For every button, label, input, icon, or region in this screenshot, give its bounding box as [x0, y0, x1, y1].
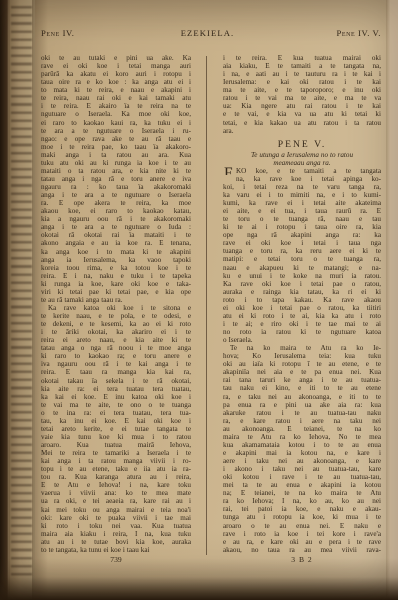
text-line: matipi: e tetai toru o te tuanga ra, — [223, 255, 381, 263]
text-line: reira ei areto naau, e kia aite ki te — [41, 336, 191, 344]
line-text: ra, e taku nei au akonoanga, e iti to te — [223, 393, 381, 401]
text-line: kia a ngauru oou rā i te akakoromaki — [41, 215, 191, 223]
text-line: naau e akapueu ki te matangi; e na- — [223, 264, 381, 272]
line-text: mataiti o ta ratou ara, e kia nite ki te — [41, 167, 191, 175]
line-text: anga i te ara a te ngutuare o Iseraela — [41, 191, 191, 199]
line-text: topu i te au etene, taku e iia atu ia ra… — [41, 465, 191, 473]
line-text: te reira, naau rai oki e kai tamaki atu — [41, 94, 191, 102]
text-line: oki kotou i rave i te au tuatua-tau, — [223, 473, 381, 481]
line-text: auraka e rainga kia tatau, ka ri ei ki — [223, 288, 381, 296]
line-text: tetai, e kia kakao ua atu ratou i ta rat… — [223, 119, 381, 127]
text-line: 3oki te au tutaki e pini ua ake. Ka — [41, 54, 191, 62]
text-line: rai, tei patoi ia koe, e naku e akau- — [223, 505, 381, 513]
line-text: oki au iaïa ki rotopu ī te au etene, e t… — [223, 360, 381, 368]
line-text: i na, e aati au i te tauturu ra i te kai… — [223, 70, 381, 78]
line-text: akapiniïa nei aia e te pa enua nei. Kua — [223, 368, 381, 376]
line-text: Te na ko maira te Atu ra ko Ie- — [230, 344, 381, 352]
text-line: koreia toou rima, e ka totou koe i te — [41, 264, 191, 272]
text-line: tau naku ei kino, e iti to te au etene — [223, 384, 381, 392]
text-line: ei oki koe i tetai pae o ratou, ka tiiti… — [223, 304, 381, 312]
line-text: o Iseraela. — [223, 336, 253, 344]
line-text: na; E teianei, te na ko maira te Atu — [223, 489, 381, 497]
text-line: i akono i taku nei au tuatua-tau, kare — [223, 465, 381, 473]
line-text: te kerite naau, e te pola, e te odesi, e — [41, 312, 191, 320]
line-text: aroaro. Kua tuatua mairā Iehova, — [41, 441, 191, 449]
line-text: ara. — [223, 127, 234, 135]
line-text: te au rā tamaki anga taau ra. — [41, 296, 123, 304]
text-line: atu au i te tutae bovi kia koe, auraka — [41, 538, 191, 546]
line-text: i te reira. E akairo ïa te reira na te — [41, 102, 191, 110]
line-text: koreia toou rima, e ka totou koe i te — [41, 264, 191, 272]
line-text: akaruke ratou i te au tuatua-tau naku — [223, 409, 381, 417]
line-text: anga ia Ierusalema, ka vaoo tapoki — [41, 256, 191, 264]
line-text: e te vai, e kia va ua atu ki tetai ki — [223, 110, 381, 118]
text-line: e te vai, e kia va ua atu ki tetai ki — [223, 110, 381, 118]
line-text: ki roto i toku nei vaa. Kua tuatua — [41, 522, 191, 530]
line-text: au akonoanga. E teianei, te na ko — [223, 425, 381, 433]
text-line: anga i te ara a te ngutuare o Iseraela — [41, 191, 191, 199]
text-line: anga i te ara a te ngutuare o Iuda : — [41, 223, 191, 231]
line-text: ka anga koe i to mata ki te akapini — [41, 248, 191, 256]
page-number: 739 — [41, 555, 191, 564]
line-text: mei ta te au enua e akapini ia kotou — [223, 481, 381, 489]
line-text: te vai ma te aite, te ono o te tuanga — [41, 401, 191, 409]
text-line: Mei te reira te tamariki a Iseraela i te — [41, 449, 191, 457]
text-line: aere i taku nei au akonoanga, e kare — [223, 457, 381, 465]
line-text: maira aia kiaku i reira, I na, kua tuku — [41, 530, 191, 538]
text-line: parūrā ka akatu ei koro auri i rotopu i — [41, 70, 191, 78]
line-text: Ka rave katoa oki koe i te sitona e — [48, 304, 191, 312]
line-text: anga i te ara a te ngutuare o Iuda : — [41, 223, 191, 231]
line-text: matipi: e tetai toru o te tuanga ra, — [223, 255, 381, 263]
text-line: o Iseraela. — [223, 336, 381, 344]
line-text: na, ka rave koe i tetai apinga ko- — [236, 175, 381, 183]
text-line: rave ei oki koe i tetai manga auri — [41, 62, 191, 70]
text-line: 4roto i to tapa kakau. Ka rave akaou — [223, 296, 381, 304]
line-text: no roto ia ratou ki te ngutuare katoa — [223, 328, 381, 336]
text-line: maira aia kiaku i reira, I na, kua tuku — [41, 530, 191, 538]
text-line: vaerua i viivii ana: ko te mea mate — [41, 489, 191, 497]
line-text: vaerua i viivii ana: ko te mea mate — [41, 489, 191, 497]
line-text: ka kai ei koe. E inu katoa oki koe i — [41, 393, 191, 401]
text-line: ua ra oki, e tei aeaeia ra, kare rai au … — [41, 497, 191, 505]
text-line: 7akono angaia e au ia koe ra. E tenana, — [41, 239, 191, 247]
line-text: Te utunga a Ierusalema no to ratou — [251, 151, 353, 159]
line-text: i te āriki okotai, ka akariro ei i te — [41, 328, 191, 336]
text-line: 11ka kai ei koe. E inu katoa oki koe i — [41, 393, 191, 401]
text-line: to te tangata, ka tunu ei koe i taau kai — [41, 546, 191, 554]
line-text: ope nga rā akapini anga ra: ka — [223, 231, 381, 239]
text-line: 3Ka rave oki koe i tetai pae o ratou, — [223, 280, 381, 288]
line-text: tou ra. Kua karanga atura au i reira, — [41, 473, 191, 481]
text-line: moe i te reira pae, ko taau ïa akakoro- — [41, 143, 191, 151]
line-text: tatau anga o nga rā noou i te moe anga — [41, 344, 191, 352]
text-line: te kerite naau, e te pola, e te odesi, e — [41, 312, 191, 320]
chapter-heading: PENE V. — [223, 135, 381, 151]
text-line: i te āriki okotai, ka akariro ei i te — [41, 328, 191, 336]
line-text: Mei te reira te tamariki a Iseraela i te — [41, 449, 191, 457]
left-text-column: 3oki te au tutaki e pini ua ake. Karave … — [41, 54, 191, 554]
text-line: mataiti o ta ratou ara, e kia nite ki te — [41, 167, 191, 175]
line-text: tuku atu oki au ki runga ia koe i te au — [41, 159, 191, 167]
text-line: kai mei toku ou anga mairai e teia noa'i — [41, 506, 191, 514]
text-line: Te utunga a Ierusalema no to ratou — [223, 151, 381, 159]
text-line: topu i te au etene, taku e iia atu ia ra… — [41, 465, 191, 473]
text-line: oki au iaïa ki rotopu ī te au etene, e t… — [223, 360, 381, 368]
text-line: 16i te reira. E kua tuatua mairai oki — [223, 54, 381, 62]
line-text: kia a ngauru oou rā i te akakoromaki — [41, 215, 191, 223]
text-line: taua oire ra e ko koe : ka anga atu ei i — [41, 78, 191, 86]
line-text: to te tangata, ka tunu ei koe i taau kai — [41, 546, 149, 554]
line-text: atu au i te tutae bovi kia koe, auraka — [41, 538, 191, 546]
line-text: KO koe, e te tamaiti a te tangata — [236, 167, 381, 175]
line-text: aere i taku nei au akonoanga, e kare — [223, 457, 381, 465]
text-line: maira te Atu ra ko Iehova, No te mea — [223, 433, 381, 441]
line-text: iva ngauru oou rā i te kai anga i te — [41, 360, 191, 368]
text-line: tetai, e kia kakao ua atu ratou i ta rat… — [223, 119, 381, 127]
line-text: okotai rā okotai rai ïa mataiti i te — [41, 231, 191, 239]
text-line: 12tau, ka inu ei koe. E kai oki koe i — [41, 417, 191, 425]
line-text: te toru o te tuanga rā, naau e tau — [223, 215, 381, 223]
line-text: aia kiaku, E te tamaiti a te tangata na, — [223, 62, 381, 70]
line-text: Ierusalema: e kai oki ratou i te kai — [223, 78, 381, 86]
running-head-right: Pene IV. V. — [290, 28, 381, 38]
text-line: meameaau anga ra. — [223, 159, 381, 167]
line-text: E te Atu e Iehova! i na, kare toku — [41, 481, 191, 489]
line-text: rai, tei patoi ia koe, e naku e akau- — [223, 505, 381, 513]
text-line: ra ko Iehova; I na, ko au, ko au nei — [223, 497, 381, 505]
line-text: ma te aite, e te taporoporo; e inu oki — [223, 86, 381, 94]
line-text: meameaau anga ra. — [273, 159, 330, 167]
line-text: rai tana taruri ke anga i te au tuatua- — [223, 376, 381, 384]
line-text: reira. E i na, naku e tuku i te tapeka — [41, 272, 191, 280]
signature-mark: 3 B 2 — [223, 555, 381, 564]
text-line: ka anga koe i to mata ki te akapini — [41, 248, 191, 256]
text-line: ku e unui i te koke na muri ia ratou. — [223, 272, 381, 280]
text-line: 8na; E teianei, te na ko maira te Atu — [223, 489, 381, 497]
line-text: rave ei oki koe i tetai i taua nga — [223, 239, 381, 247]
running-head-left: Pene IV. — [41, 28, 75, 38]
text-line: kai anga i ta ratou manga viivii i ro- — [41, 457, 191, 465]
text-line: ope nga rā akapini anga ra: ka — [223, 231, 381, 239]
line-text: te dekeni, e te kesemi, ka ao ei ki roto — [41, 320, 191, 328]
text-line: ratou i te vai ma te aite, e ma te va — [223, 94, 381, 102]
text-line: mei ta te au enua e akapini ia kotou — [223, 481, 381, 489]
line-text: maki anga i ta ratou au ara. Kua — [41, 151, 191, 159]
text-line: ki runga ia koe, kare oki koe e taka- — [41, 280, 191, 288]
text-line: ki raro to kaokao ra; e toru anere e — [41, 352, 191, 360]
line-text: i akono i taku nei au tuatua-tau, kare — [223, 465, 381, 473]
line-text: tatau anga i nga rā e toru anere e iva — [41, 175, 191, 183]
line-text: ku e unui i te koke na muri ia ratou. — [223, 272, 381, 280]
line-text: tau naku ei kino, e iti to te au etene — [223, 384, 381, 392]
text-line: i te reira. E akairo ïa te reira na te — [41, 102, 191, 110]
text-line: E te Atu e Iehova! i na, kare toku — [41, 481, 191, 489]
text-line: 5Te na ko maira te Atu ra ko Ie- — [223, 344, 381, 352]
line-text: ua ra oki, e tei aeaeia ra, kare rai au … — [41, 497, 191, 505]
text-line: ra, e taku nei au akonoanga, e iti to te — [223, 393, 381, 401]
text-line: atu ei ki roto i te ai, kia ka atu i rot… — [223, 312, 381, 320]
line-text: ra. E ope akera te reira, ka moe — [41, 199, 191, 207]
line-text: ei raro to kaokao kaui ra, ka tuku ei i — [41, 119, 191, 127]
line-text: ratou i te vai ma te aite, e ma te va — [223, 94, 381, 102]
text-line: pa enua ra e pini ua ake aia ra: kua — [223, 401, 381, 409]
text-line: rave ei oki koe i tetai i taua nga — [223, 239, 381, 247]
line-text: kai mei toku ou anga mairai e teia noa'i — [41, 506, 191, 514]
text-line: akaou koe, ei raro to kaokao katau, — [41, 207, 191, 215]
text-line: te au rā tamaki anga taau ra. — [41, 296, 191, 304]
text-line: i na, e aati au i te tauturu ra i te kai… — [223, 70, 381, 78]
line-text: taua oire ra e ko koe : ka anga atu ei i — [41, 78, 191, 86]
text-line: tetai areto kerite, e ei tutae tangata t… — [41, 425, 191, 433]
line-text: okotai takau ïa sekela i te rā okotai, — [41, 377, 191, 385]
text-line: ngao: e ope rava ake te au rā taau e — [41, 135, 191, 143]
line-text: aroaro o te au enua nei. E naku e — [223, 522, 381, 530]
text-line: okotai takau ïa sekela i te rā okotai, — [41, 377, 191, 385]
line-text: akono angaia e au ia koe ra. E tenana, — [41, 239, 191, 247]
line-text: oki te au tutaki e pini ua ake. Ka — [41, 54, 191, 62]
line-text: maira te Atu ra ko Iehova, No te mea — [223, 433, 381, 441]
text-line: 14tou ra. Kua karanga atura au i reira, — [41, 473, 191, 481]
line-text: tau, ka inu ei koe. E kai oki koe i — [41, 417, 191, 425]
text-line: Ierusalema: e kai oki ratou i te kai — [223, 78, 381, 86]
right-text-column: 16i te reira. E kua tuatua mairai okiaia… — [223, 54, 381, 554]
line-text: ki te ai i rotopu i taua oire ra, kia — [223, 223, 381, 231]
line-text: rave ei oki koe i tetai manga auri — [41, 62, 191, 70]
line-text: akaou, no taua ra au mea viivii rava- — [223, 546, 381, 554]
line-text: ua: Kia ngere atu rai ratou i te kai — [223, 102, 381, 110]
text-line: tunga atu i rotopu ia koe, ki mua i te — [223, 513, 381, 521]
text-line: 15ki roto i toku nei vaa. Kua tuatua — [41, 522, 191, 530]
line-text: ki runga ia koe, kare oki koe e taka- — [41, 280, 191, 288]
line-text: kua akamamataia kotou i to te au enua — [223, 441, 381, 449]
text-line: ka varu ei i to mimiti na, e i to kumi- — [223, 191, 381, 199]
text-line: 2ei aite, e ei tua, i taua raurū ra. E — [223, 207, 381, 215]
text-line: 10reira. E taau ra manga kia kai ra, — [41, 368, 191, 376]
text-line: te toru o te tuanga rā, naau e tau — [223, 215, 381, 223]
text-line: akaou, no taua ra au mea viivii rava- — [223, 546, 381, 554]
text-line: 17ua: Kia ngere atu rai ratou i te kai — [223, 102, 381, 110]
text-line: 9aroaro o te au enua nei. E naku e — [223, 522, 381, 530]
line-text: ra, e kare ratou i aere na taku nei — [223, 417, 381, 425]
line-text: ei aite, e ei tua, i taua raurū ra. E — [223, 207, 381, 215]
line-text: akaou koe, ei raro to kaokao katau, — [41, 207, 191, 215]
text-line: no roto ia ratou ki te ngutuare katoa — [223, 328, 381, 336]
line-text: viri ki tetai pae ki tetai pae, e kia op… — [41, 288, 191, 296]
line-text: tetai areto kerite, e ei tutae tangata t… — [41, 425, 191, 433]
line-text: tuanga e toru ra, ka reru aere ei ki te — [223, 247, 381, 255]
text-line: rai tana taruri ke anga i te au tuatua- — [223, 376, 381, 384]
text-line: 9Ka rave katoa oki koe i te sitona e — [41, 304, 191, 312]
line-text: Ka rave oki koe i tetai pae o ratou, — [223, 280, 381, 288]
line-text: te ara a te ngutuare o Iseraela i ru- — [41, 127, 191, 135]
text-line: ngauru ra : ko taua ïa akakoromaki — [41, 183, 191, 191]
text-line: o te ina ra: ei tera tuatau, tera tua- — [41, 409, 191, 417]
text-line: e akapini mai ia kotou na, e kare i — [223, 449, 381, 457]
line-text: pa enua ra e pini ua ake aia ra: kua — [223, 401, 381, 409]
text-line: te ara a te ngutuare o Iseraela i ru- — [41, 127, 191, 135]
line-text: moe i te reira pae, ko taau ïa akakoro- — [41, 143, 191, 151]
text-line: hova; Ko Ierusalema teia: kua tuku — [223, 352, 381, 360]
line-text: e au ra, e kare oki au e pera i te rave — [223, 538, 381, 546]
text-line: kumi, ka rave ei i tetai aite akateima — [223, 199, 381, 207]
book-photo: Pene IV. EZEKIELA. Pene IV. V. 3oki te a… — [0, 0, 398, 600]
text-line: te vai ma te aite, te ono o te tuanga — [41, 401, 191, 409]
line-text: ngao: e ope rava ake te au rā taau e — [41, 135, 191, 143]
text-line: ei raro to kaokao kaui ra, ka tuku ei i — [41, 119, 191, 127]
text-line: to mata ki te reira, e naau e akapini i — [41, 86, 191, 94]
text-line: 6akapiniïa nei aia e te pa enua nei. Kua — [223, 368, 381, 376]
text-line: akaruke ratou i te au tuatua-tau naku — [223, 409, 381, 417]
text-line: tuku atu oki au ki runga ia koe i te au — [41, 159, 191, 167]
line-text: reira. E taau ra manga kia kai ra, — [41, 368, 191, 376]
text-line: 4ngutuare o Iseraela. Ka moe oki koe, — [41, 110, 191, 118]
text-line: 7au akonoanga. E teianei, te na ko — [223, 425, 381, 433]
text-line: 5maki anga i ta ratou au ara. Kua — [41, 151, 191, 159]
line-text: rave i roto ia koe i tei kore i rave'a — [223, 530, 381, 538]
running-head-title: EZEKIELA. — [120, 28, 295, 38]
line-text: to mata ki te reira, e naau e akapini i — [41, 86, 191, 94]
text-line: 6ra. E ope akera te reira, ka moe — [41, 199, 191, 207]
text-line: e au ra, e kare oki au e pera i te rave — [223, 538, 381, 546]
line-text: kia aite ra: ei tera tuatau tera tuatau, — [41, 385, 191, 393]
line-text: ra ko Iehova; I na, ko au, ko au nei — [223, 497, 381, 505]
line-text: o te ina ra: ei tera tuatau, tera tua- — [41, 409, 191, 417]
text-line: i te ai; e riro oki i te tae mai te ai — [223, 320, 381, 328]
text-line: rave i roto ia koe i tei kore i rave'a — [223, 530, 381, 538]
line-text: i te reira. E kua tuatua mairai oki — [223, 54, 381, 62]
text-line: vaie kia tunu koe ki mua i to ratou — [41, 433, 191, 441]
text-line: 1EKO koe, e te tamaiti a te tangata — [223, 167, 381, 175]
text-line: kia aite ra: ei tera tuatau tera tuatau, — [41, 385, 191, 393]
line-text: kai anga i ta ratou manga viivii i ro- — [41, 457, 191, 465]
text-line: te dekeni, e te kesemi, ka ao ei ki roto — [41, 320, 191, 328]
line-text: PENE V. — [278, 139, 327, 150]
line-text: ki raro to kaokao ra; e toru anere e — [41, 352, 191, 360]
text-line: te reira, naau rai oki e kai tamaki atu — [41, 94, 191, 102]
line-text: e akapini mai ia kotou na, e kare i — [223, 449, 381, 457]
text-line: aia kiaku, E te tamaiti a te tangata na, — [223, 62, 381, 70]
text-line: tatau anga i nga rā e toru anere e iva — [41, 175, 191, 183]
printed-page-content: Pene IV. EZEKIELA. Pene IV. V. 3oki te a… — [0, 0, 398, 600]
line-text: atu ei ki roto i te ai, kia ka atu i rot… — [223, 312, 381, 320]
column-divider-rule — [206, 56, 207, 555]
text-line: tatau anga o nga rā noou i te moe anga — [41, 344, 191, 352]
line-text: vaie kia tunu koe ki mua i to ratou — [41, 433, 191, 441]
text-line: ma te aite, e te taporoporo; e inu oki — [223, 86, 381, 94]
text-line: ara. — [223, 127, 381, 135]
line-text: kumi, ka rave ei i tetai aite akateima — [223, 199, 381, 207]
line-text: koi, i tetai reza na te varu tanga ra, — [223, 183, 381, 191]
line-text: parūrā ka akatu ei koro auri i rotopu i — [41, 70, 191, 78]
text-line: ki te ai i rotopu i taua oire ra, kia — [223, 223, 381, 231]
text-line: kua akamamataia kotou i to te au enua — [223, 441, 381, 449]
text-line: okotai rā okotai rai ïa mataiti i te — [41, 231, 191, 239]
text-line: auraka e rainga kia tatau, ka ri ei ki — [223, 288, 381, 296]
text-line: oki: kare oki te puaka viivii i tae mai — [41, 514, 191, 522]
text-line: 13aroaro. Kua tuatua mairā Iehova, — [41, 441, 191, 449]
text-line: anga ia Ierusalema, ka vaoo tapoki — [41, 256, 191, 264]
text-line: iva ngauru oou rā i te kai anga i te — [41, 360, 191, 368]
line-text: ngutuare o Iseraela. Ka moe oki koe, — [41, 110, 191, 118]
line-text: ka varu ei i to mimiti na, e i to kumi- — [223, 191, 381, 199]
text-line: viri ki tetai pae ki tetai pae, e kia op… — [41, 288, 191, 296]
line-text: i te ai; e riro oki i te tae mai te ai — [223, 320, 381, 328]
line-text: roto i to tapa kakau. Ka rave akaou — [223, 296, 381, 304]
line-text: oki kotou i rave i te au tuatua-tau, — [223, 473, 381, 481]
line-text: oki: kare oki te puaka viivii i tae mai — [41, 514, 191, 522]
text-line: 8reira. E i na, naku e tuku i te tapeka — [41, 272, 191, 280]
line-text: hova; Ko Ierusalema teia: kua tuku — [223, 352, 381, 360]
text-line: koi, i tetai reza na te varu tanga ra, — [223, 183, 381, 191]
drop-cap: E — [224, 167, 233, 175]
line-text: ngauru ra : ko taua ïa akakoromaki — [41, 183, 191, 191]
text-line: ra, e kare ratou i aere na taku nei — [223, 417, 381, 425]
text-line: na, ka rave koe i tetai apinga ko- — [223, 175, 381, 183]
line-text: tunga atu i rotopu ia koe, ki mua i te — [223, 513, 381, 521]
text-line: tuanga e toru ra, ka reru aere ei ki te — [223, 247, 381, 255]
line-text: naau e akapueu ki te matangi; e na- — [223, 264, 381, 272]
line-text: ei oki koe i tetai pae o ratou, ka tiiti… — [223, 304, 381, 312]
line-text: reira ei areto naau, e kia aite ki te — [41, 336, 191, 344]
